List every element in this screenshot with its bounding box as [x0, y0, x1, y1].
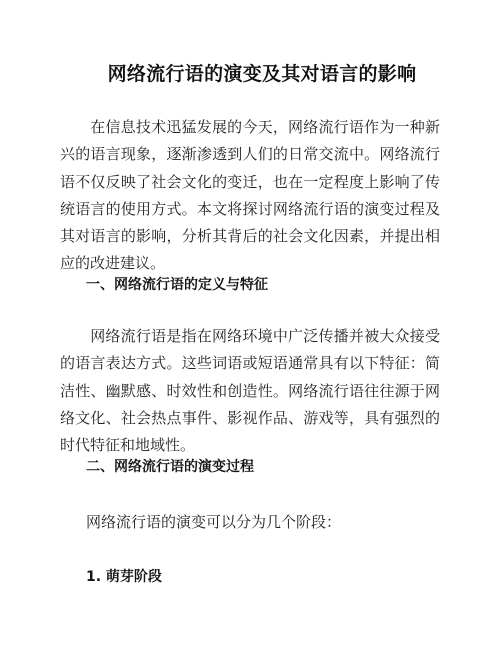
- document-title: 网络流行语的演变及其对语言的影响: [0, 60, 500, 88]
- subheading-stage-1: 1. 萌芽阶段: [86, 566, 162, 588]
- section-2-text: 网络流行语的演变可以分为几个阶段：: [86, 511, 341, 533]
- intro-paragraph: 在信息技术迅猛发展的今天，网络流行语作为一种新兴的语言现象，逐渐渗透到人们的日常…: [60, 114, 440, 278]
- section-1-paragraph: 网络流行语是指在网络环境中广泛传播并被大众接受的语言表达方式。这些词语或短语通常…: [60, 323, 440, 459]
- section-heading-2: 二、网络流行语的演变过程: [86, 456, 254, 478]
- intro-text: 在信息技术迅猛发展的今天，网络流行语作为一种新兴的语言现象，逐渐渗透到人们的日常…: [60, 118, 440, 272]
- section-1-text: 网络流行语是指在网络环境中广泛传播并被大众接受的语言表达方式。这些词语或短语通常…: [60, 327, 440, 454]
- document-page: 网络流行语的演变及其对语言的影响 在信息技术迅猛发展的今天，网络流行语作为一种新…: [0, 0, 500, 647]
- section-heading-1: 一、网络流行语的定义与特征: [86, 274, 268, 296]
